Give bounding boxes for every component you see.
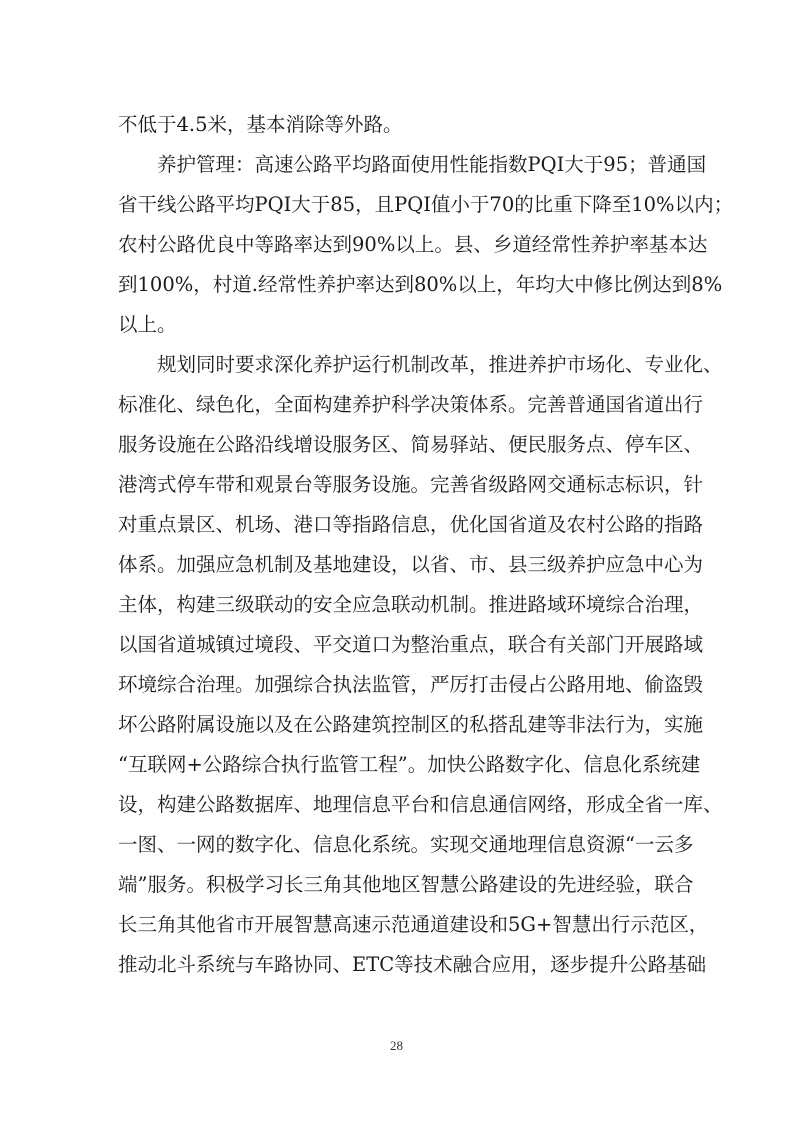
text-line: 坏公路附属设施以及在公路建筑控制区的私搭乱建等非法行为，实施 <box>118 705 676 745</box>
text-line: 以国省道城镇过境段、平交道口为整治重点，联合有关部门开展路域 <box>118 625 676 665</box>
text-line: 港湾式停车带和观景台等服务设施。完善省级路网交通标志标识，针 <box>118 465 676 505</box>
text-line: 对重点景区、机场、港口等指路信息，优化国省道及农村公路的指路 <box>118 505 676 545</box>
text-line: 以上。 <box>118 305 676 345</box>
text-line: 体系。加强应急机制及基地建设，以省、市、县三级养护应急中心为 <box>118 545 676 585</box>
text-line: 推动北斗系统与车路协同、ETC等技术融合应用，逐步提升公路基础 <box>118 945 676 985</box>
text-line: 端”服务。积极学习长三角其他地区智慧公路建设的先进经验，联合 <box>118 865 676 905</box>
text-line: 不低于4.5米，基本消除等外路。 <box>118 105 676 145</box>
text-line: 省干线公路平均PQI大于85，且PQI值小于70的比重下降至10%以内； <box>118 185 676 225</box>
document-page: 不低于4.5米，基本消除等外路。 养护管理：高速公路平均路面使用性能指数PQI大… <box>0 0 793 1122</box>
text-line: 到100%，村道.经常性养护率达到80%以上，年均大中修比例达到8% <box>118 265 676 305</box>
text-line: “互联网+公路综合执行监管工程”。加快公路数字化、信息化系统建 <box>118 745 676 785</box>
text-line: 规划同时要求深化养护运行机制改革，推进养护市场化、专业化、 <box>157 345 676 385</box>
text-line: 设，构建公路数据库、地理信息平台和信息通信网络，形成全省一库、 <box>118 785 676 825</box>
text-line: 环境综合治理。加强综合执法监管，严厉打击侵占公路用地、偷盗毁 <box>118 665 676 705</box>
text-line: 养护管理：高速公路平均路面使用性能指数PQI大于95；普通国 <box>157 145 676 185</box>
text-line: 服务设施在公路沿线增设服务区、简易驿站、便民服务点、停车区、 <box>118 425 676 465</box>
text-line: 标准化、绿色化，全面构建养护科学决策体系。完善普通国省道出行 <box>118 385 676 425</box>
page-number: 28 <box>0 1038 793 1054</box>
text-line: 主体，构建三级联动的安全应急联动机制。推进路域环境综合治理， <box>118 585 676 625</box>
text-line: 长三角其他省市开展智慧高速示范通道建设和5G+智慧出行示范区， <box>118 905 676 945</box>
text-line: 一图、一网的数字化、信息化系统。实现交通地理信息资源“一云多 <box>118 825 676 865</box>
text-line: 农村公路优良中等路率达到90%以上。县、乡道经常性养护率基本达 <box>118 225 676 265</box>
